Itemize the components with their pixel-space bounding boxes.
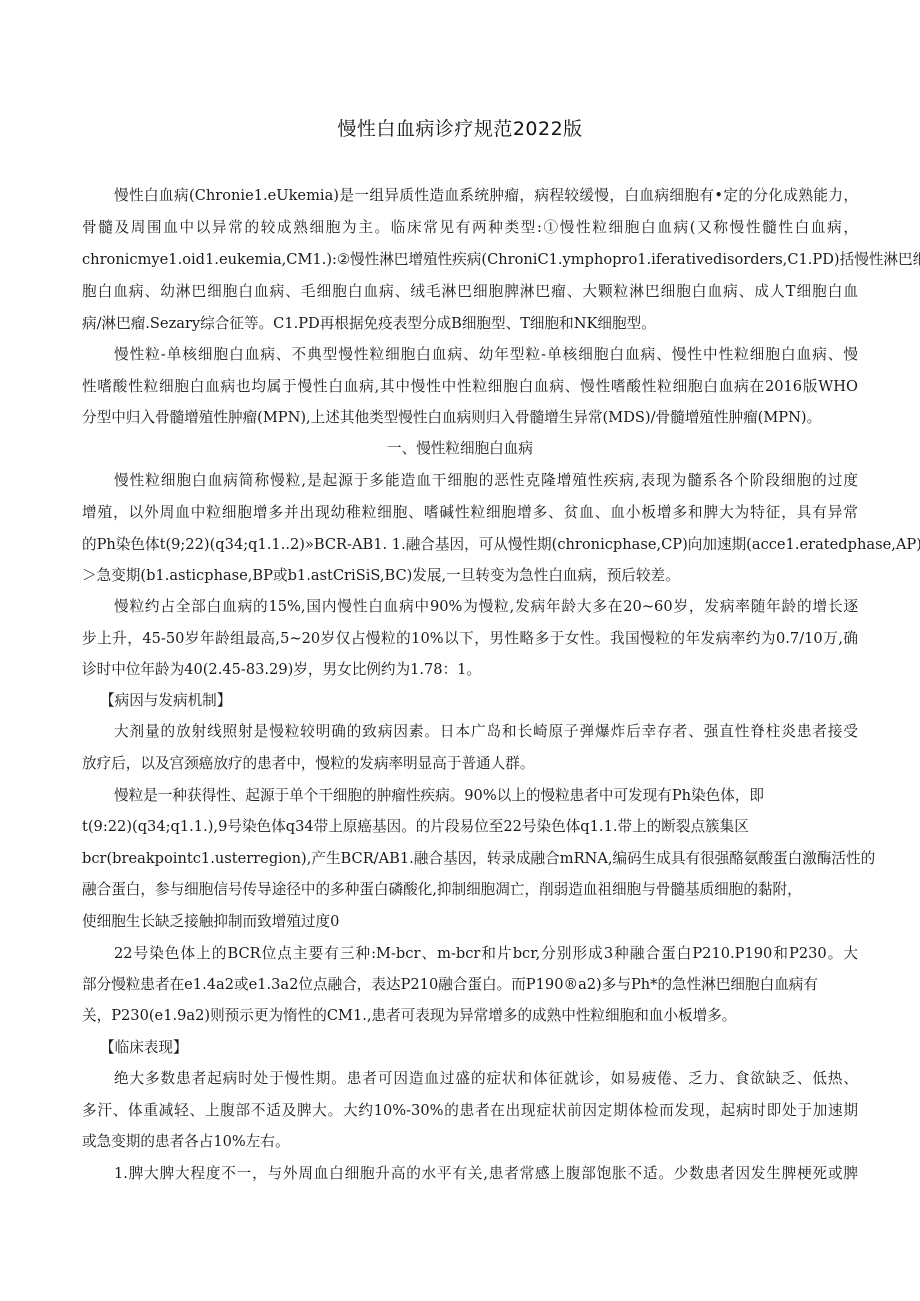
text-line: 放疗后，以及宫颈癌放疗的患者中，慢粒的发病率明显高于普通人群。	[82, 754, 858, 774]
text-line: 慢性粒细胞白血病简称慢粒,是起源于多能造血干细胞的恶性克隆增殖性疾病,表现为髓系…	[114, 471, 858, 491]
text-line: 骨髓及周围血中以异常的较成熟细胞为主。临床常见有两种类型:①慢性粒细胞白血病(又…	[82, 218, 858, 238]
text-line: 22号染色体上的BCR位点主要有三种:M-bcr、m-bcr和片bcr,分别形成…	[114, 944, 858, 964]
text-line: bcr(breakpointc1.usterregion),产生BCR/AB1.…	[82, 849, 858, 869]
subsection-heading: 【临床表现】	[100, 1038, 400, 1058]
text-line: chronicmye1.oid1.eukemia,CM1.):②慢性淋巴增殖性疾…	[82, 250, 858, 270]
text-line: 慢粒是一种获得性、起源于单个干细胞的肿瘤性疾病。90%以上的慢粒患者中可发现有P…	[114, 786, 858, 806]
text-line: 性嗜酸性粒细胞白血病也均属于慢性白血病,其中慢性中性粒细胞白血病、慢性嗜酸性粒细…	[82, 377, 858, 397]
text-line: 部分慢粒患者在e1.4a2或e1.3a2位点融合，表达P210融合蛋白。而P19…	[82, 975, 858, 995]
text-line: 或急变期的患者各占10%左右。	[82, 1132, 858, 1152]
text-line: 1.脾大脾大程度不一，与外周血白细胞升高的水平有关,患者常感上腹部饱胀不适。少数…	[114, 1164, 858, 1184]
text-line: 慢粒约占全部白血病的15%,国内慢性白血病中90%为慢粒,发病年龄大多在20~6…	[114, 597, 858, 617]
text-line: 病/淋巴瘤.Sezary综合征等。C1.PD再根据免疫表型分成B细胞型、T细胞和…	[82, 314, 858, 334]
text-line: 使细胞生长缺乏接触抑制而致增殖过度0	[82, 912, 858, 932]
text-line: 多汗、体重减轻、上腹部不适及脾大。大约10%-30%的患者在出现症状前因定期体检…	[82, 1101, 858, 1121]
text-line: ＞急变期(b1.asticphase,BP或b1.astCriSiS,BC)发展…	[82, 566, 858, 586]
text-line: 关，P230(e1.9a2)则预示更为惰性的CM1.,患者可表现为异常增多的成熟…	[82, 1006, 858, 1026]
text-line: 大剂量的放射线照射是慢粒较明确的致病因素。日本广岛和长崎原子弹爆炸后幸存者、强直…	[114, 722, 858, 742]
subsection-heading: 【病因与发病机制】	[100, 691, 400, 711]
text-line: 胞白血病、幼淋巴细胞白血病、毛细胞白血病、绒毛淋巴细胞脾淋巴瘤、大颗粒淋巴细胞白…	[82, 282, 858, 302]
text-line: 增殖，以外周血中粒细胞增多并出现幼稚粒细胞、嗜碱性粒细胞增多、贫血、血小板增多和…	[82, 503, 858, 523]
text-line: 的Ph染色体t(9;22)(q34;q1.1..2)»BCR-AB1. 1.融合…	[82, 535, 858, 555]
text-line: 步上升，45-50岁年龄组最高,5~20岁仅占慢粒的10%以下，男性略多于女性。…	[82, 629, 858, 649]
section-heading: 一、慢性粒细胞白血病	[0, 439, 920, 459]
document-title: 慢性白血病诊疗规范2022版	[0, 114, 920, 141]
text-line: 分型中归入骨髓增殖性肿瘤(MPN),上述其他类型慢性白血病则归入骨髓增生异常(M…	[82, 408, 858, 428]
text-line: 慢性粒-单核细胞白血病、不典型慢性粒细胞白血病、幼年型粒-单核细胞白血病、慢性中…	[114, 345, 858, 365]
text-line: 绝大多数患者起病时处于慢性期。患者可因造血过盛的症状和体征就诊，如易疲倦、乏力、…	[114, 1069, 858, 1089]
text-line: 诊时中位年龄为40(2.45-83.29)岁，男女比例约为1.78：1。	[82, 660, 858, 680]
text-line: 慢性白血病(Chronie1.eUkemia)是一组异质性造血系统肿瘤，病程较缓…	[114, 186, 858, 206]
text-line: 融合蛋白，参与细胞信号传导途径中的多种蛋白磷酸化,抑制细胞凋亡，削弱造血祖细胞与…	[82, 880, 858, 900]
text-line: t(9:22)(q34;q1.1.),9号染色体q34带上原癌基因。的片段易位至…	[82, 817, 858, 837]
